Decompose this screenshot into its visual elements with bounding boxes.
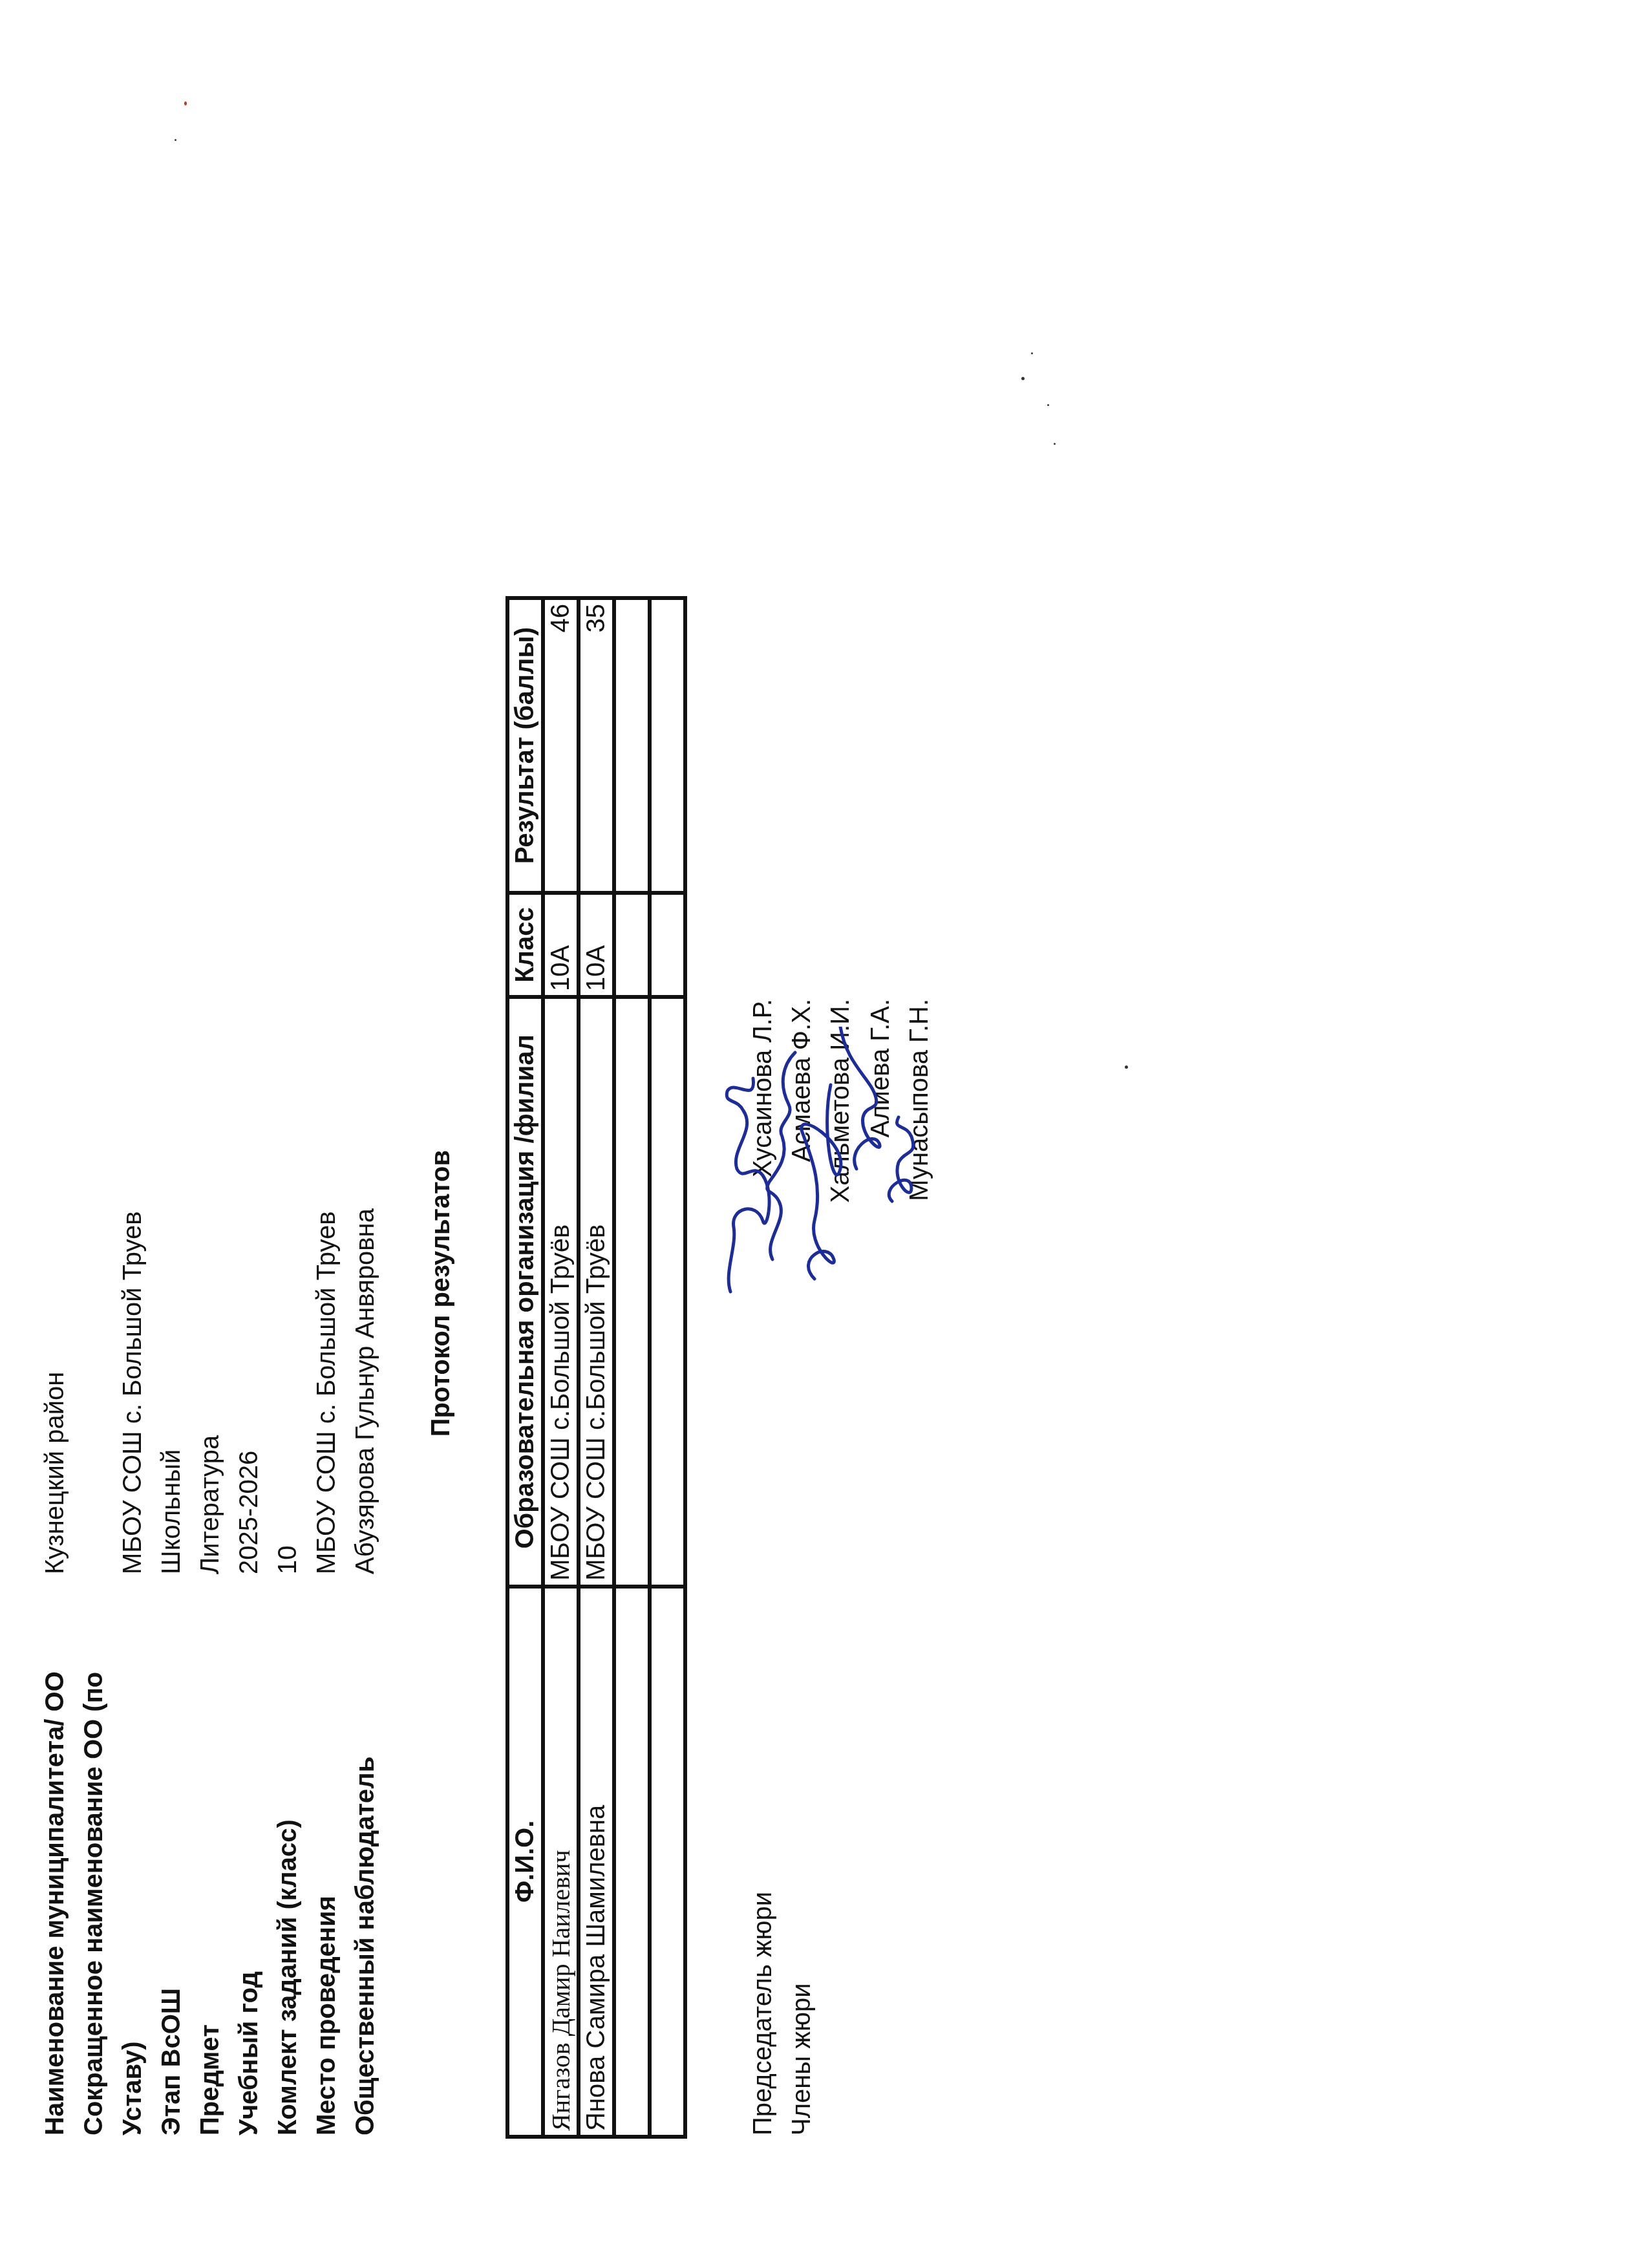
cell-fio xyxy=(650,1587,685,2137)
cell-class xyxy=(614,893,650,997)
scan-speck xyxy=(1125,1065,1128,1069)
jury-chair-label: Председатель жюри xyxy=(743,1892,782,2135)
label-subject: Предмет xyxy=(191,2024,229,2135)
signature-icon xyxy=(718,1027,950,1298)
cell-result: 46 xyxy=(543,598,579,893)
cell-result xyxy=(650,598,685,893)
value-task-set: 10 xyxy=(268,1546,307,1575)
cell-result xyxy=(614,598,650,893)
label-municipality: Наименование муниципалитета/ ОО xyxy=(36,1671,74,2135)
scan-speck xyxy=(1054,443,1056,445)
column-header-org: Образовательная организация /филиал xyxy=(507,997,543,1587)
value-stage: Школьный xyxy=(152,1450,191,1574)
table-row xyxy=(614,598,650,2137)
cell-class: 10А xyxy=(543,893,579,997)
cell-org xyxy=(650,997,685,1587)
cell-org: МБОУ СОШ с.Большой Труёв xyxy=(579,997,614,1587)
scan-speck xyxy=(175,139,176,141)
value-observer: Абузярова Гульнур Анвяровна xyxy=(346,1208,385,1574)
value-venue: МБОУ СОШ с. Большой Труев xyxy=(307,1211,346,1574)
scan-speck xyxy=(184,102,187,105)
cell-class xyxy=(650,893,685,997)
table-header-row: Ф.И.О. Образовательная организация /фили… xyxy=(507,598,543,2137)
cell-result: 35 xyxy=(579,598,614,893)
cell-org: МБОУ СОШ с.Большой Труёв xyxy=(543,997,579,1587)
scan-speck xyxy=(1031,352,1033,354)
cell-fio xyxy=(614,1587,650,2137)
value-subject: Литература xyxy=(191,1435,229,1574)
table-row xyxy=(650,598,685,2137)
value-year: 2025-2026 xyxy=(229,1451,268,1574)
label-task-set: Комлект заданий (класс) xyxy=(268,1819,307,2135)
cell-fio: Янова Самира Шамилевна xyxy=(579,1587,614,2137)
cell-fio: Янгазов Дамир Наилевич xyxy=(543,1587,579,2137)
label-year: Учебный год xyxy=(229,1971,268,2135)
label-short-name: Сокращенное наименование ОО (по xyxy=(74,1672,113,2135)
results-table: Ф.И.О. Образовательная организация /фили… xyxy=(505,596,687,2139)
scan-speck xyxy=(1047,404,1049,406)
page-title: Протокол результатов xyxy=(423,1001,458,1586)
table-row: Янова Самира Шамилевна МБОУ СОШ с.Большо… xyxy=(579,598,614,2137)
cell-class: 10А xyxy=(579,893,614,997)
label-venue: Место проведения xyxy=(307,1896,346,2135)
protocol-page: Наименование муниципалитета/ ОО Кузнецки… xyxy=(0,0,1649,2268)
table-row: Янгазов Дамир Наилевич МБОУ СОШ с.Большо… xyxy=(543,598,579,2137)
value-municipality: Кузнецкий район xyxy=(36,1372,74,1574)
column-header-class: Класс xyxy=(507,893,543,997)
value-short-name: МБОУ СОШ с. Большой Труев xyxy=(113,1211,152,1574)
label-short-name-cont: Уставу) xyxy=(113,2041,152,2135)
label-stage: Этап ВсОШ xyxy=(152,1988,191,2135)
cell-org xyxy=(614,997,650,1587)
label-observer: Общественный наблюдатель xyxy=(346,1757,385,2135)
scan-speck xyxy=(1021,377,1025,380)
jury-members-label: Члены жюри xyxy=(782,1983,821,2135)
column-header-fio: Ф.И.О. xyxy=(507,1587,543,2137)
column-header-result: Результат (баллы) xyxy=(507,598,543,893)
